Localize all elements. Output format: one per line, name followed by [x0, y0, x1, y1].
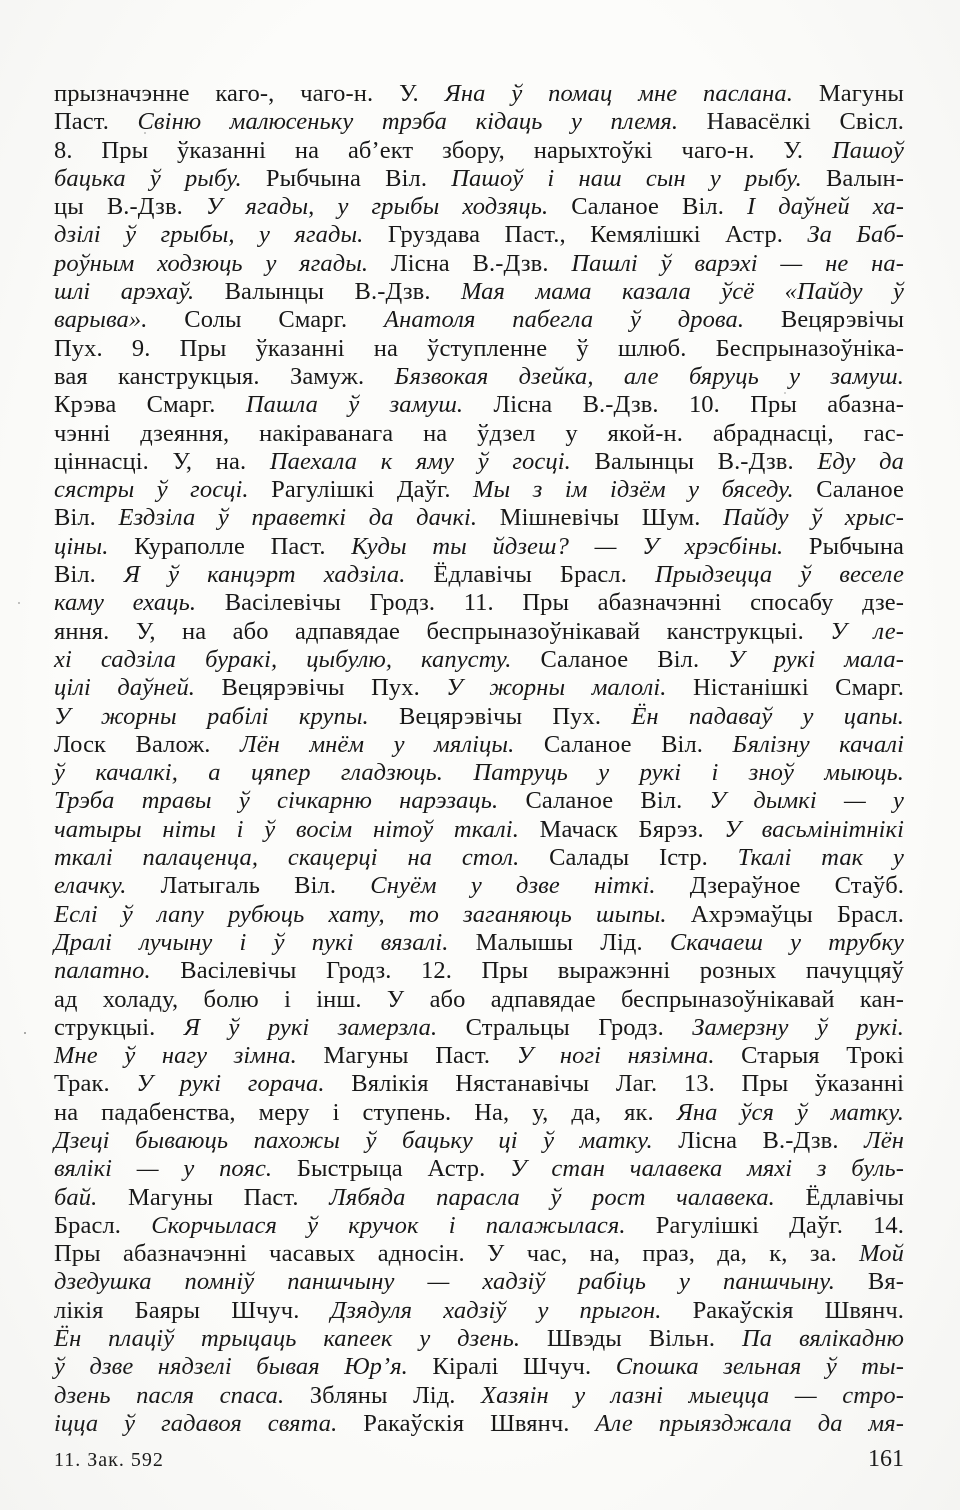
example-text: дзілі ў грыбы, у ягады. — [54, 221, 363, 248]
definition-text: Салады Істр. — [519, 844, 737, 871]
text-line: каму ехаць. Васілевічы Гродз. 11. Пры аб… — [54, 589, 904, 617]
scan-speck — [24, 1032, 26, 1034]
example-text: Ездзіла ў праветкі да дачкі. — [118, 504, 477, 531]
example-text: Яна ў помац мне паслана. — [445, 80, 793, 107]
page-number: 161 — [868, 1446, 904, 1473]
example-text: бацька ў рыбу. — [54, 165, 242, 192]
definition-text: вая канструкцыя. Замуж. — [54, 363, 395, 390]
example-text: Ён плаціў трыцаць капеек у дзень. — [54, 1325, 520, 1352]
text-line: цілі даўней. Вецярэвічы Пух. У жорны мал… — [54, 674, 904, 702]
example-text: цілі даўней. — [54, 674, 195, 701]
definition-text: Васілевічы Гродз. 12. Пры выражэнні розн… — [151, 957, 904, 984]
definition-text: Лісна В.-Дзв. — [653, 1127, 864, 1154]
text-line: Паст. Свіню малюсеньку трэба кідаць у пл… — [54, 108, 904, 136]
definition-text: Старыя Трокі — [715, 1042, 904, 1069]
text-line: Ён плаціў трыцаць капеек у дзень. Швэды … — [54, 1325, 904, 1353]
example-text: Мы з ім ідзём у бяседу. — [473, 476, 794, 503]
example-text: Ён падаваў у цапы. — [631, 703, 904, 730]
definition-text: Рыбчына — [783, 533, 904, 560]
example-text: Хазяін у лазні мыецца — стро- — [481, 1382, 904, 1409]
text-line: елачку. Латыгаль Віл. Снуём у дзве ніткі… — [54, 872, 904, 900]
text-line: Еслі ў лапу рубюць хату, то заганяюць шы… — [54, 901, 904, 929]
example-text: роўным ходзюць у ягады. — [54, 250, 368, 277]
example-text: каму ехаць. — [54, 589, 196, 616]
definition-text: Мішневічы Шум. — [477, 504, 723, 531]
definition-text: струкцыі. — [54, 1014, 184, 1041]
text-line: Дзеці бываюць пахожы ў бацьку ці ў матку… — [54, 1127, 904, 1155]
example-text: Пайду ў хрыс- — [723, 504, 904, 531]
example-text: іцца ў гадавоя свята. — [54, 1410, 337, 1437]
definition-text: Вялікія Нястанавічы Лаг. 13. Пры ўказанн… — [325, 1070, 904, 1097]
example-text: Снуём у дзве ніткі. — [370, 872, 655, 899]
definition-text: Вецярэвічы — [744, 306, 904, 333]
example-text: Трэба травы ў січкарню нарэзаць. — [54, 787, 498, 814]
example-text: ў качалкі, а цяпер гладзюць. Патруць у р… — [54, 759, 904, 786]
text-line: чэнні дзеяння, накіраванага на ўдзел у я… — [54, 420, 904, 448]
definition-text: Дзераўное Стаўб. — [656, 872, 904, 899]
definition-text: Магуны Паст. — [97, 1184, 329, 1211]
definition-text: Вя- — [835, 1268, 904, 1295]
text-line: Дралі лучыну і ў пукі вязалі. Малышы Лід… — [54, 929, 904, 957]
text-line: варыва». Солы Смарг. Анатоля пабегла ў д… — [54, 306, 904, 334]
definition-text: Навасёлкі Свісл. — [678, 108, 904, 135]
example-text: У васьмінітнікі — [724, 816, 904, 843]
definition-text: Збляны Лід. — [284, 1382, 481, 1409]
example-text: Лябяда парасла ў рост чалавека. — [329, 1184, 775, 1211]
definition-text: Васілевічы Гродз. 11. Пры абазначэнні сп… — [196, 589, 904, 616]
text-line: лікія Баяры Шчуч. Дзядуля хадзіў у прыго… — [54, 1297, 904, 1325]
definition-text: чэнні дзеяння, накіраванага на ўдзел у я… — [54, 420, 904, 447]
text-line: хі садзіла буракі, цыбулю, капусту. Сала… — [54, 646, 904, 674]
example-text: сястры ў госці. — [54, 476, 249, 503]
definition-text: Груздава Паст., Кемялішкі Астр. — [363, 221, 807, 248]
example-text: Я ў рукі замерзла. — [184, 1014, 437, 1041]
example-text: палатно. — [54, 957, 151, 984]
definition-text: Саланое Віл. — [498, 787, 709, 814]
example-text: дзень пасля спаса. — [54, 1382, 284, 1409]
example-text: За Баб- — [807, 221, 904, 248]
definition-text: Брасл. — [54, 1212, 151, 1239]
example-text: Спошка зельная ў ты- — [616, 1353, 904, 1380]
text-line: ў качалкі, а цяпер гладзюць. Патруць у р… — [54, 759, 904, 787]
definition-text: Віл. — [54, 504, 118, 531]
definition-text: Ёдлавічы — [775, 1184, 904, 1211]
example-text: Паехала к яму ў госці. — [270, 448, 571, 475]
definition-text: прызначэнне каго-, чаго-н. У. — [54, 80, 445, 107]
definition-text: Латыгаль Віл. — [126, 872, 370, 899]
text-line: яння. У, на або адпавядае беспрыназоўнік… — [54, 618, 904, 646]
text-line: дзілі ў грыбы, у ягады. Груздава Паст., … — [54, 221, 904, 249]
example-text: У жорны рабілі крупы. — [54, 703, 369, 730]
definition-text: Лісна В.-Дзв. 10. Пры абазна- — [463, 391, 904, 418]
example-text: Анатоля пабегла ў дрова. — [384, 306, 744, 333]
example-text: Еслі ў лапу рубюць хату, то заганяюць шы… — [54, 901, 667, 928]
definition-text: Рагулішкі Даўг. — [249, 476, 473, 503]
example-text: ціны. — [54, 533, 108, 560]
definition-text: Малышы Лід. — [448, 929, 669, 956]
definition-text: лікія Баяры Шчуч. — [54, 1297, 331, 1324]
text-line: Брасл. Скорчылася ў кручок і палажылася.… — [54, 1212, 904, 1240]
definition-text: Лісна В.-Дзв. — [368, 250, 571, 277]
example-text: У стан чалавека мяхі з буль- — [510, 1155, 904, 1182]
example-text: У жорны малолі. — [446, 674, 666, 701]
definition-text: на падабенства, меру і ступень. На, у, д… — [54, 1099, 677, 1126]
definition-text: Ахрэмаўцы Брасл. — [667, 901, 904, 928]
definition-text: Крэва Смарг. — [54, 391, 246, 418]
definition-text: Валын- — [802, 165, 904, 192]
definition-text: Ракаўскія Швянч. — [661, 1297, 904, 1324]
text-line: дзедушка помніў паншчыну — хадзіў рабіць… — [54, 1268, 904, 1296]
example-text: І даўней ха- — [747, 193, 904, 220]
text-line: Трэба травы ў січкарню нарэзаць. Саланое… — [54, 787, 904, 815]
definition-text: Ракаўскія Швянч. — [337, 1410, 595, 1437]
text-line: бай. Магуны Паст. Лябяда парасла ў рост … — [54, 1184, 904, 1212]
page-footer: 11. Зак. 592 161 — [54, 1446, 904, 1473]
text-line: Пры абазначэнні часавых адносін. У час, … — [54, 1240, 904, 1268]
definition-text: Рыбчына Віл. — [242, 165, 451, 192]
definition-text: Ёдлавічы Брасл. — [405, 561, 655, 588]
example-text: Але прыязджала да мя- — [595, 1410, 904, 1437]
definition-text: Солы Смарг. — [147, 306, 384, 333]
definition-text: 8. Пры ўказанні на аб’ект збору, нарыхто… — [54, 137, 832, 164]
definition-text: Трак. — [54, 1070, 136, 1097]
body-text: прызначэнне каго-, чаго-н. У. Яна ў пома… — [54, 80, 904, 1438]
text-line: бацька ў рыбу. Рыбчына Віл. Пашоў і наш … — [54, 165, 904, 193]
example-text: У ле- — [830, 618, 904, 645]
definition-text: Магуны — [793, 80, 904, 107]
text-line: Віл. Я ў канцэрт хадзіла. Ёдлавічы Брасл… — [54, 561, 904, 589]
text-line: шлі арэхаў. Валынцы В.-Дзв. Мая мама каз… — [54, 278, 904, 306]
definition-text: Швэды Вільн. — [520, 1325, 742, 1352]
example-text: Пашоў — [832, 137, 904, 164]
definition-text: Рагулішкі Даўг. 14. — [626, 1212, 904, 1239]
text-line: Трак. У рукі горача. Вялікія Нястанавічы… — [54, 1070, 904, 1098]
example-text: Ткалі так у — [738, 844, 904, 871]
example-text: варыва». — [54, 306, 147, 333]
example-text: Дзеці бываюць пахожы ў бацьку ці ў матку… — [54, 1127, 653, 1154]
example-text: Па вялікадню — [742, 1325, 904, 1352]
example-text: ў дзве нядзелі бывая Юр’я. — [54, 1353, 408, 1380]
example-text: шлі арэхаў. — [54, 278, 194, 305]
text-line: струкцыі. Я ў рукі замерзла. Стральцы Гр… — [54, 1014, 904, 1042]
definition-text: яння. У, на або адпавядае беспрыназоўнік… — [54, 618, 830, 645]
example-text: Скачаеш у трубку — [670, 929, 904, 956]
text-line: на падабенства, меру і ступень. На, у, д… — [54, 1099, 904, 1127]
text-line: роўным ходзюць у ягады. Лісна В.-Дзв. Па… — [54, 250, 904, 278]
definition-text: Саланое Віл. — [548, 193, 747, 220]
definition-text: Валынцы В.-Дзв. — [571, 448, 817, 475]
example-text: У дымкі — у — [710, 787, 904, 814]
text-line: палатно. Васілевічы Гродз. 12. Пры выраж… — [54, 957, 904, 985]
definition-text: Магуны Паст. — [297, 1042, 517, 1069]
definition-text: ад холаду, болю і інш. У або адпавядае б… — [54, 986, 904, 1013]
example-text: Пашоў і наш сын у рыбу. — [451, 165, 802, 192]
text-line: іцца ў гадавоя свята. Ракаўскія Швянч. А… — [54, 1410, 904, 1438]
example-text: чатыры ніты і ў восім нітоў ткалі. — [54, 816, 519, 843]
example-text: Бязвокая дзейка, але бяруць у замуш. — [395, 363, 905, 390]
text-line: цы В.-Дзв. У ягады, у грыбы ходзяць. Сал… — [54, 193, 904, 221]
definition-text: Вецярэвічы Пух. — [195, 674, 446, 701]
book-page: прызначэнне каго-, чаго-н. У. Яна ў пома… — [0, 0, 960, 1510]
definition-text: Кураполле Паст. — [108, 533, 351, 560]
example-text: Скорчылася ў кручок і палажылася. — [151, 1212, 625, 1239]
text-line: Крэва Смарг. Пашла ў замуш. Лісна В.-Дзв… — [54, 391, 904, 419]
text-line: ціннасці. У, на. Паехала к яму ў госці. … — [54, 448, 904, 476]
text-line: ціны. Кураполле Паст. Куды ты йдзеш? — У… — [54, 533, 904, 561]
example-text: Дралі лучыну і ў пукі вязалі. — [54, 929, 448, 956]
example-text: Куды ты йдзеш? — У хрэсбіны. — [351, 533, 783, 560]
definition-text: Валынцы В.-Дзв. — [194, 278, 461, 305]
example-text: Свіню малюсеньку трэба кідаць у племя. — [137, 108, 678, 135]
text-line: вая канструкцыя. Замуж. Бязвокая дзейка,… — [54, 363, 904, 391]
definition-text: Віл. — [54, 561, 124, 588]
text-line: сястры ў госці. Рагулішкі Даўг. Мы з ім … — [54, 476, 904, 504]
text-line: 8. Пры ўказанні на аб’ект збору, нарыхто… — [54, 137, 904, 165]
definition-text: Паст. — [54, 108, 137, 135]
definition-text: Саланое Віл. — [514, 731, 732, 758]
text-line: ад холаду, болю і інш. У або адпавядае б… — [54, 986, 904, 1014]
example-text: У рукі горача. — [136, 1070, 324, 1097]
example-text: Мой — [859, 1240, 904, 1267]
text-line: Мне ў нагу зімна. Магуны Паст. У ногі ня… — [54, 1042, 904, 1070]
text-line: чатыры ніты і ў восім нітоў ткалі. Мачас… — [54, 816, 904, 844]
example-text: У рукі мала- — [728, 646, 904, 673]
definition-text: Стральцы Гродз. — [437, 1014, 692, 1041]
example-text: вялікі — у пояс. — [54, 1155, 272, 1182]
definition-text: Пух. 9. Пры ўказанні на ўступленне ў шлю… — [54, 335, 904, 362]
example-text: У ягады, у грыбы ходзяць. — [206, 193, 548, 220]
definition-text: Вецярэвічы Пух. — [369, 703, 632, 730]
example-text: Еду да — [817, 448, 904, 475]
definition-text: Саланое Віл. — [512, 646, 729, 673]
definition-text: Лоск Валож. — [54, 731, 240, 758]
example-text: Я ў канцэрт хадзіла. — [124, 561, 406, 588]
print-signature: 11. Зак. 592 — [54, 1449, 164, 1472]
example-text: хі садзіла буракі, цыбулю, капусту. — [54, 646, 512, 673]
example-text: дзедушка помніў паншчыну — хадзіў рабіць… — [54, 1268, 835, 1295]
example-text: Дзядуля хадзіў у прыгон. — [331, 1297, 662, 1324]
example-text: Лён мнём у мяліцы. — [240, 731, 514, 758]
example-text: Мне ў нагу зімна. — [54, 1042, 297, 1069]
text-line: ў дзве нядзелі бывая Юр’я. Кіралі Шчуч. … — [54, 1353, 904, 1381]
definition-text: Ністанішкі Смарг. — [667, 674, 904, 701]
example-text: Лён — [864, 1127, 904, 1154]
text-line: Віл. Ездзіла ў праветкі да дачкі. Мішнев… — [54, 504, 904, 532]
text-line: Пух. 9. Пры ўказанні на ўступленне ў шлю… — [54, 335, 904, 363]
text-line: вялікі — у пояс. Быстрыца Астр. У стан ч… — [54, 1155, 904, 1183]
example-text: Замерзну ў рукі. — [692, 1014, 904, 1041]
definition-text: цы В.-Дзв. — [54, 193, 206, 220]
example-text: Мая мама казала ўсё «Пайду ў — [461, 278, 904, 305]
example-text: Прыдзецца ў веселе — [655, 561, 904, 588]
definition-text: Саланое — [794, 476, 904, 503]
definition-text: Быстрыца Астр. — [272, 1155, 510, 1182]
example-text: Бялізну качалі — [733, 731, 905, 758]
example-text: бай. — [54, 1184, 97, 1211]
text-line: У жорны рабілі крупы. Вецярэвічы Пух. Ён… — [54, 703, 904, 731]
example-text: Пашлі ў варэхі — не на- — [571, 250, 904, 277]
example-text: Пашла ў замуш. — [246, 391, 463, 418]
text-line: прызначэнне каго-, чаго-н. У. Яна ў пома… — [54, 80, 904, 108]
example-text: ткалі палаценца, скацерці на стол. — [54, 844, 519, 871]
definition-text: ціннасці. У, на. — [54, 448, 270, 475]
example-text: елачку. — [54, 872, 126, 899]
example-text: Яна ўся ў матку. — [677, 1099, 904, 1126]
text-line: дзень пасля спаса. Збляны Лід. Хазяін у … — [54, 1382, 904, 1410]
example-text: У ногі нязімна. — [517, 1042, 715, 1069]
text-line: Лоск Валож. Лён мнём у мяліцы. Саланое В… — [54, 731, 904, 759]
definition-text: Мачаск Бярэз. — [519, 816, 724, 843]
definition-text: Кіралі Шчуч. — [408, 1353, 616, 1380]
definition-text: Пры абазначэнні часавых адносін. У час, … — [54, 1240, 859, 1267]
text-line: ткалі палаценца, скацерці на стол. Салад… — [54, 844, 904, 872]
